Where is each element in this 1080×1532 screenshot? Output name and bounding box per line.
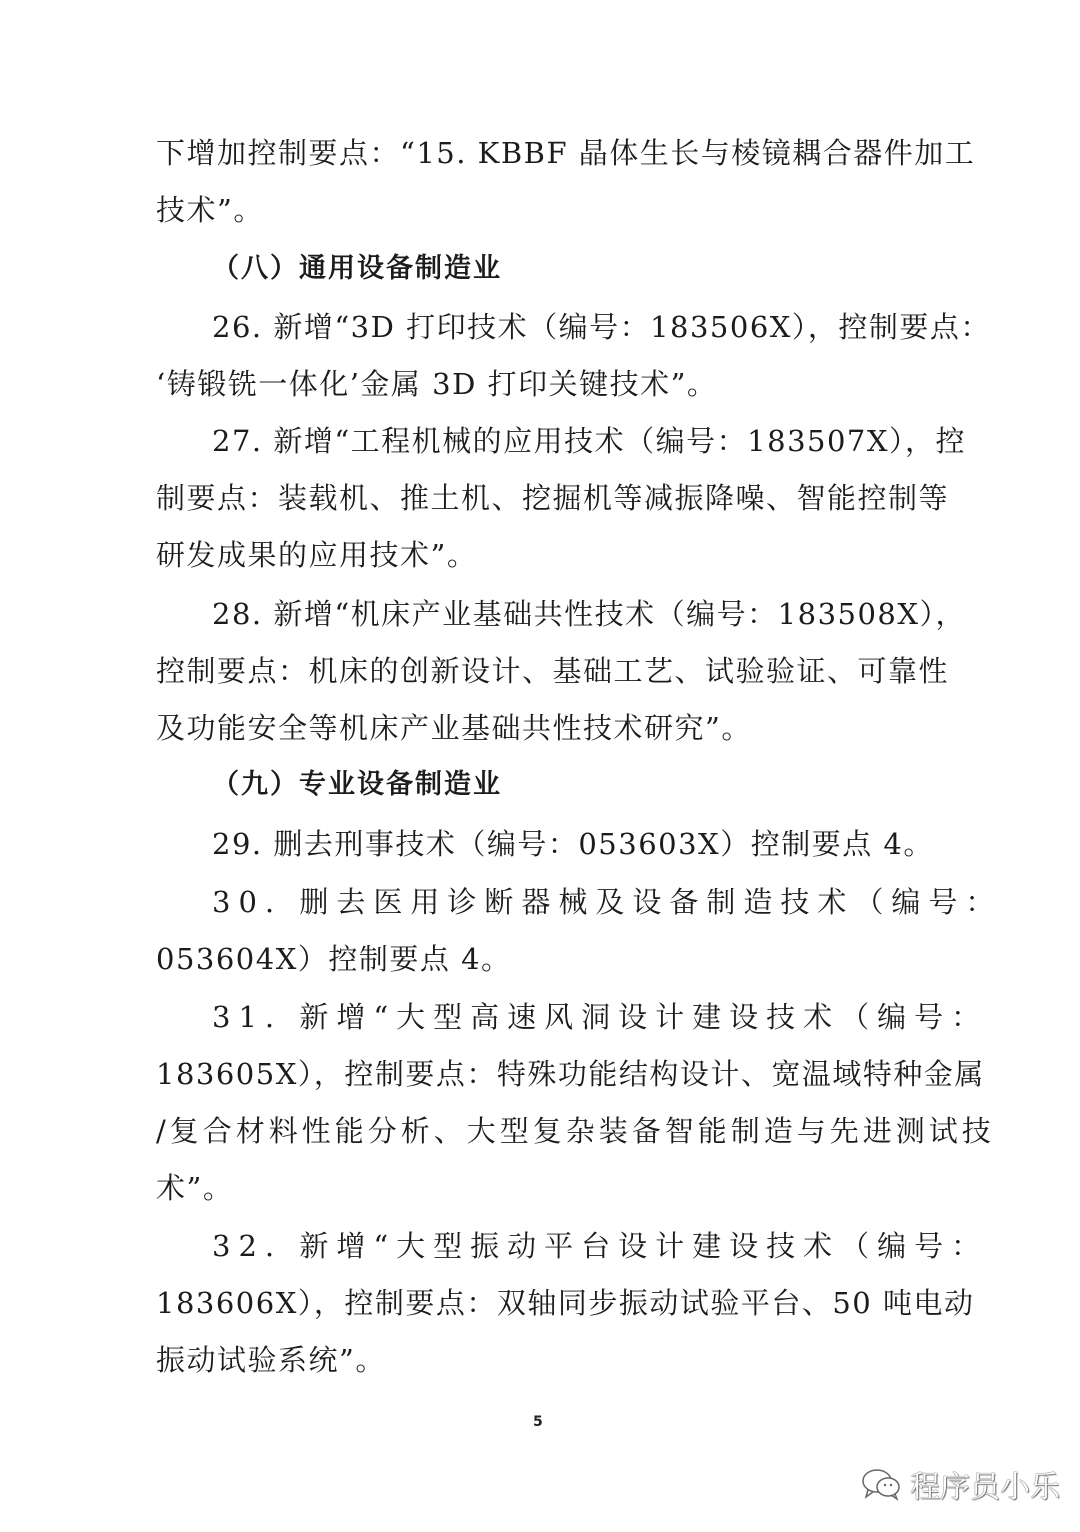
item-27: 27. 新增“工程机械的应用技术（编号：183507X），控 <box>212 421 982 461</box>
text-line: 制要点：装载机、推土机、挖掘机等减振降噪、智能控制等 <box>156 478 926 518</box>
item-31: 31. 新增“大型高速风洞设计建设技术（编号： <box>212 997 982 1037</box>
page-number: 5 <box>533 1414 543 1430</box>
text-line: /复合材料性能分析、大型复杂装备智能制造与先进测试技 <box>156 1111 926 1151</box>
text-line: 控制要点：机床的创新设计、基础工艺、试验验证、可靠性 <box>156 651 926 691</box>
item-29: 29. 删去刑事技术（编号：053603X）控制要点 4。 <box>212 824 982 864</box>
text-line: 振动试验系统”。 <box>156 1340 926 1380</box>
item-28: 28. 新增“机床产业基础共性技术（编号：183508X）， <box>212 594 982 634</box>
item-32: 32. 新增“大型振动平台设计建设技术（编号： <box>212 1226 982 1266</box>
text-line: 及功能安全等机床产业基础共性技术研究”。 <box>156 708 926 748</box>
text-line: 053604X）控制要点 4。 <box>156 939 926 979</box>
text-line: 183606X），控制要点：双轴同步振动试验平台、50 吨电动 <box>156 1283 926 1323</box>
text-line: 下增加控制要点：“15. KBBF 晶体生长与棱镜耦合器件加工 <box>156 133 926 173</box>
wechat-icon <box>860 1466 904 1502</box>
section-heading: （九）专业设备制造业 <box>212 765 982 805</box>
text-line: 研发成果的应用技术”。 <box>156 535 926 575</box>
text-line: ‘铸锻铣一体化’金属 3D 打印关键技术”。 <box>156 364 926 404</box>
watermark-text: 程序员小乐 <box>910 1462 1060 1506</box>
text-line: 术”。 <box>156 1168 926 1208</box>
text-line: 183605X），控制要点：特殊功能结构设计、宽温域特种金属 <box>156 1054 926 1094</box>
section-heading: （八）通用设备制造业 <box>212 249 982 289</box>
text-line: 技术”。 <box>156 190 926 230</box>
item-26: 26. 新增“3D 打印技术（编号：183506X），控制要点： <box>212 307 982 347</box>
watermark: 程序员小乐 <box>860 1462 1060 1506</box>
document-page: 下增加控制要点：“15. KBBF 晶体生长与棱镜耦合器件加工 技术”。 （八）… <box>0 0 1080 1532</box>
item-30: 30. 删去医用诊断器械及设备制造技术（编号： <box>212 882 982 922</box>
